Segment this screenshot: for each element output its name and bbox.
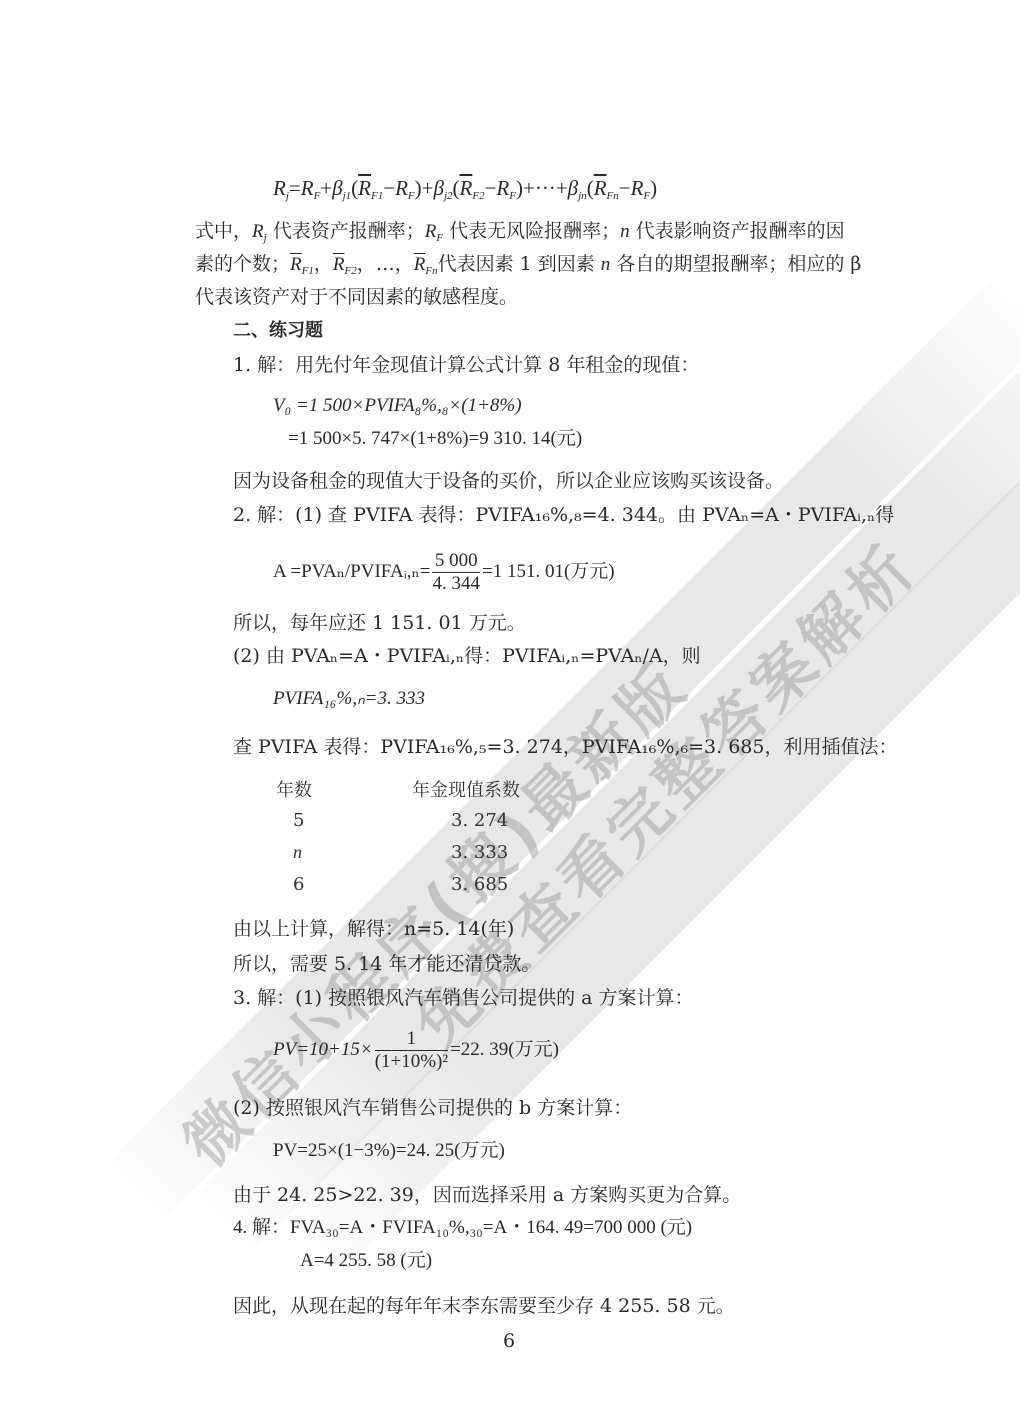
- text: 代表因素 1 到因素: [438, 253, 601, 275]
- text: A =PVAₙ/PVIFAᵢ,ₙ=: [273, 561, 430, 582]
- fraction: 5 0004. 344: [432, 550, 480, 595]
- definition-line-3: 代表该资产对于不同因素的敏感程度。: [195, 284, 518, 310]
- text: =1 151. 01(万元): [482, 561, 615, 582]
- q1-conclusion: 因为设备租金的现值大于设备的买价，所以企业应该购买该设备。: [233, 468, 784, 494]
- text: 代表影响资产报酬率的因: [630, 220, 845, 242]
- q1-equation-1: V₀ =1 500×PVIFA₈%,₈×(1+8%): [273, 393, 522, 419]
- q2-equation-pvifa: PVIFA₁₆%,ₙ=3. 333: [273, 686, 425, 712]
- q3-equation-a: PV=10+15×1(1+10%)²=22. 39(万元): [273, 1026, 559, 1074]
- q2-intro: 2. 解：(1) 查 PVIFA 表得：PVIFA₁₆%,₈=4. 344。由 …: [233, 502, 894, 528]
- apt-formula: Rj=RF+βj1(RF1−RF)+βj2(RF2−RF)+···+βjn(RF…: [273, 175, 657, 201]
- text: 各自的期望报酬率；相应的 β: [610, 253, 861, 275]
- q4-intro: 4. 解：FVA₃₀=A・FVIFA₁₀%,₃₀=A・164. 49=700 0…: [233, 1215, 692, 1241]
- definition-line-2: 素的个数；RF1，RF2，…，RFn代表因素 1 到因素 n 各自的期望报酬率；…: [195, 251, 861, 278]
- table-cell: 5: [293, 810, 304, 831]
- text: 代表资产报酬率；: [267, 220, 425, 242]
- document-page: 微信小程序(搜)最新版 免费查看完整答案解析 Rj=RF+βj1(RF1−RF)…: [0, 0, 1020, 1419]
- q3-conclusion: 由于 24. 25>22. 39，因而选择采用 a 方案购买更为合算。: [233, 1182, 741, 1208]
- fraction: 1(1+10%)²: [375, 1028, 448, 1073]
- text: 式中，: [195, 220, 252, 242]
- table-cell: 3. 685: [451, 874, 508, 895]
- text: 素的个数；: [195, 253, 290, 275]
- table-cell: n: [293, 842, 302, 863]
- page-number: 6: [503, 1330, 515, 1352]
- q1-equation-2: =1 500×5. 747×(1+8%)=9 310. 14(元): [288, 426, 582, 452]
- text: ，…，: [357, 253, 414, 275]
- q2-conclusion: 所以，需要 5. 14 年才能还清贷款。: [233, 951, 540, 977]
- table-header: 年金现值系数: [412, 776, 520, 802]
- definition-line-1: 式中，Rj 代表资产报酬率；RF 代表无风险报酬率；n 代表影响资产报酬率的因: [195, 218, 845, 245]
- text: 代表无风险报酬率；: [443, 220, 620, 242]
- denominator: (1+10%)²: [375, 1051, 448, 1073]
- q4-equation-2: A=4 255. 58 (元): [300, 1248, 432, 1274]
- q2-equation-a: A =PVAₙ/PVIFAᵢ,ₙ=5 0004. 344=1 151. 01(万…: [273, 548, 615, 596]
- table-cell: 6: [293, 874, 304, 895]
- text: PV=10+15×: [273, 1039, 373, 1060]
- table-cell: 3. 333: [451, 842, 508, 863]
- q3-equation-b: PV=25×(1−3%)=24. 25(万元): [273, 1138, 505, 1164]
- text: ，: [314, 253, 333, 275]
- q2-result: 所以，每年应还 1 151. 01 万元。: [233, 610, 526, 636]
- text: =22. 39(万元): [450, 1039, 559, 1060]
- q4-conclusion: 因此，从现在起的每年年末李东需要至少存 4 255. 58 元。: [233, 1293, 735, 1319]
- numerator: 5 000: [432, 550, 480, 573]
- q3-intro: 3. 解：(1) 按照银风汽车销售公司提供的 a 方案计算：: [233, 985, 694, 1011]
- denominator: 4. 344: [432, 573, 480, 595]
- q1-intro: 1. 解：用先付年金现值计算公式计算 8 年租金的现值：: [233, 352, 699, 378]
- numerator: 1: [375, 1028, 448, 1051]
- q2-solve: 由以上计算，解得：n=5. 14(年): [233, 916, 514, 942]
- q2-lookup: 查 PVIFA 表得：PVIFA₁₆%,₅=3. 274，PVIFA₁₆%,₆=…: [233, 734, 897, 760]
- q2-part2: (2) 由 PVAₙ=A・PVIFAᵢ,ₙ得：PVIFAᵢ,ₙ=PVAₙ/A，则: [233, 643, 701, 669]
- table-cell: 3. 274: [451, 810, 508, 831]
- q3-part2: (2) 按照银风汽车销售公司提供的 b 方案计算：: [233, 1095, 632, 1121]
- table-header: 年数: [276, 776, 312, 802]
- section-title: 二、练习题: [233, 318, 323, 344]
